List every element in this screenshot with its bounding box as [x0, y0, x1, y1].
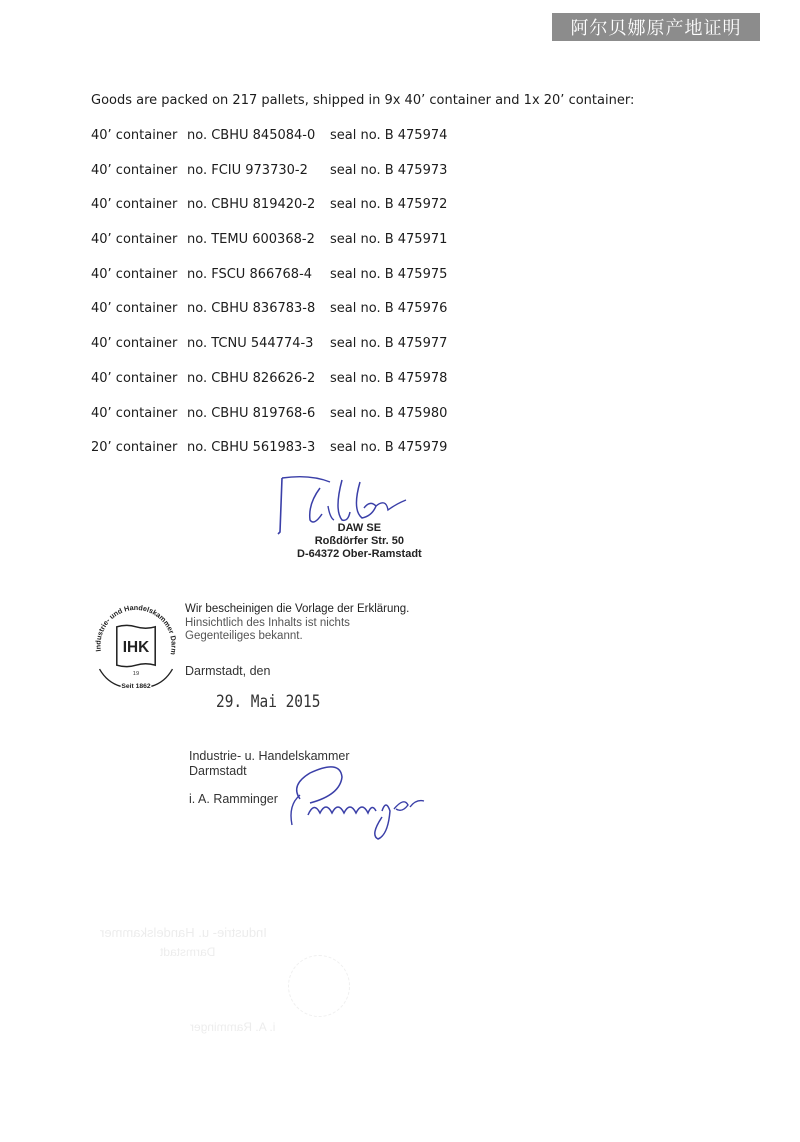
container-number: no. CBHU 845084-0 [187, 128, 315, 143]
certification-place: Darmstadt, den [185, 664, 270, 678]
seal-number: seal no. B 475974 [330, 128, 447, 143]
svg-text:IHK: IHK [123, 639, 149, 656]
company-city: D-64372 Ober-Ramstadt [297, 548, 422, 561]
container-type: 40’ container [91, 128, 177, 143]
container-number: no. TEMU 600368-2 [187, 232, 315, 247]
seal-number: seal no. B 475979 [330, 440, 447, 455]
container-number: no. CBHU 819420-2 [187, 197, 315, 212]
chamber-signature [270, 755, 440, 845]
container-number: no. FSCU 866768-4 [187, 267, 312, 282]
document-title-banner: 阿尔贝娜原产地证明 [552, 13, 760, 41]
shipment-intro: Goods are packed on 217 pallets, shipped… [91, 93, 634, 108]
svg-text:19: 19 [133, 671, 139, 677]
container-number: no. CBHU 826626-2 [187, 371, 315, 386]
ghost-line-3: i. A. Ramminger [190, 1020, 275, 1034]
container-number: no. CBHU 819768-6 [187, 406, 315, 421]
container-number: no. TCNU 544774-3 [187, 336, 313, 351]
svg-text:Seit 1862: Seit 1862 [121, 683, 150, 690]
ghost-line-2: Darmstadt [160, 945, 215, 959]
ghost-line-1: Industrie- u. Handelskammer [100, 925, 267, 940]
seal-number: seal no. B 475978 [330, 371, 447, 386]
chamber-signatory: i. A. Ramminger [189, 792, 278, 806]
seal-number: seal no. B 475977 [330, 336, 447, 351]
seal-number: seal no. B 475973 [330, 163, 447, 178]
company-name: DAW SE [297, 522, 422, 535]
seal-number: seal no. B 475980 [330, 406, 447, 421]
container-type: 40’ container [91, 336, 177, 351]
certification-line-3: Gegenteiliges bekannt. [185, 630, 409, 644]
certification-text: Wir bescheinigen die Vorlage der Erkläru… [185, 603, 409, 644]
container-type: 40’ container [91, 267, 177, 282]
seal-number: seal no. B 475971 [330, 232, 447, 247]
certification-date: 29. Mai 2015 [216, 692, 320, 712]
container-type: 40’ container [91, 163, 177, 178]
ghost-stamp [288, 955, 350, 1017]
company-address: DAW SE Roßdörfer Str. 50 D-64372 Ober-Ra… [297, 522, 422, 561]
container-type: 20’ container [91, 440, 177, 455]
seal-number: seal no. B 475976 [330, 301, 447, 316]
show-through-ghost: Industrie- u. Handelskammer Darmstadt i.… [100, 925, 580, 1125]
container-type: 40’ container [91, 232, 177, 247]
container-type: 40’ container [91, 301, 177, 316]
container-type: 40’ container [91, 371, 177, 386]
container-number: no. FCIU 973730-2 [187, 163, 308, 178]
seal-number: seal no. B 475972 [330, 197, 447, 212]
certification-line-1: Wir bescheinigen die Vorlage der Erkläru… [185, 603, 409, 617]
ihk-stamp: Industrie- und Handelskammer Darmstadt I… [88, 598, 184, 694]
seal-number: seal no. B 475975 [330, 267, 447, 282]
container-number: no. CBHU 561983-3 [187, 440, 315, 455]
container-type: 40’ container [91, 197, 177, 212]
container-type: 40’ container [91, 406, 177, 421]
container-number: no. CBHU 836783-8 [187, 301, 315, 316]
certification-line-2: Hinsichtlich des Inhalts ist nichts [185, 617, 409, 631]
company-street: Roßdörfer Str. 50 [297, 535, 422, 548]
